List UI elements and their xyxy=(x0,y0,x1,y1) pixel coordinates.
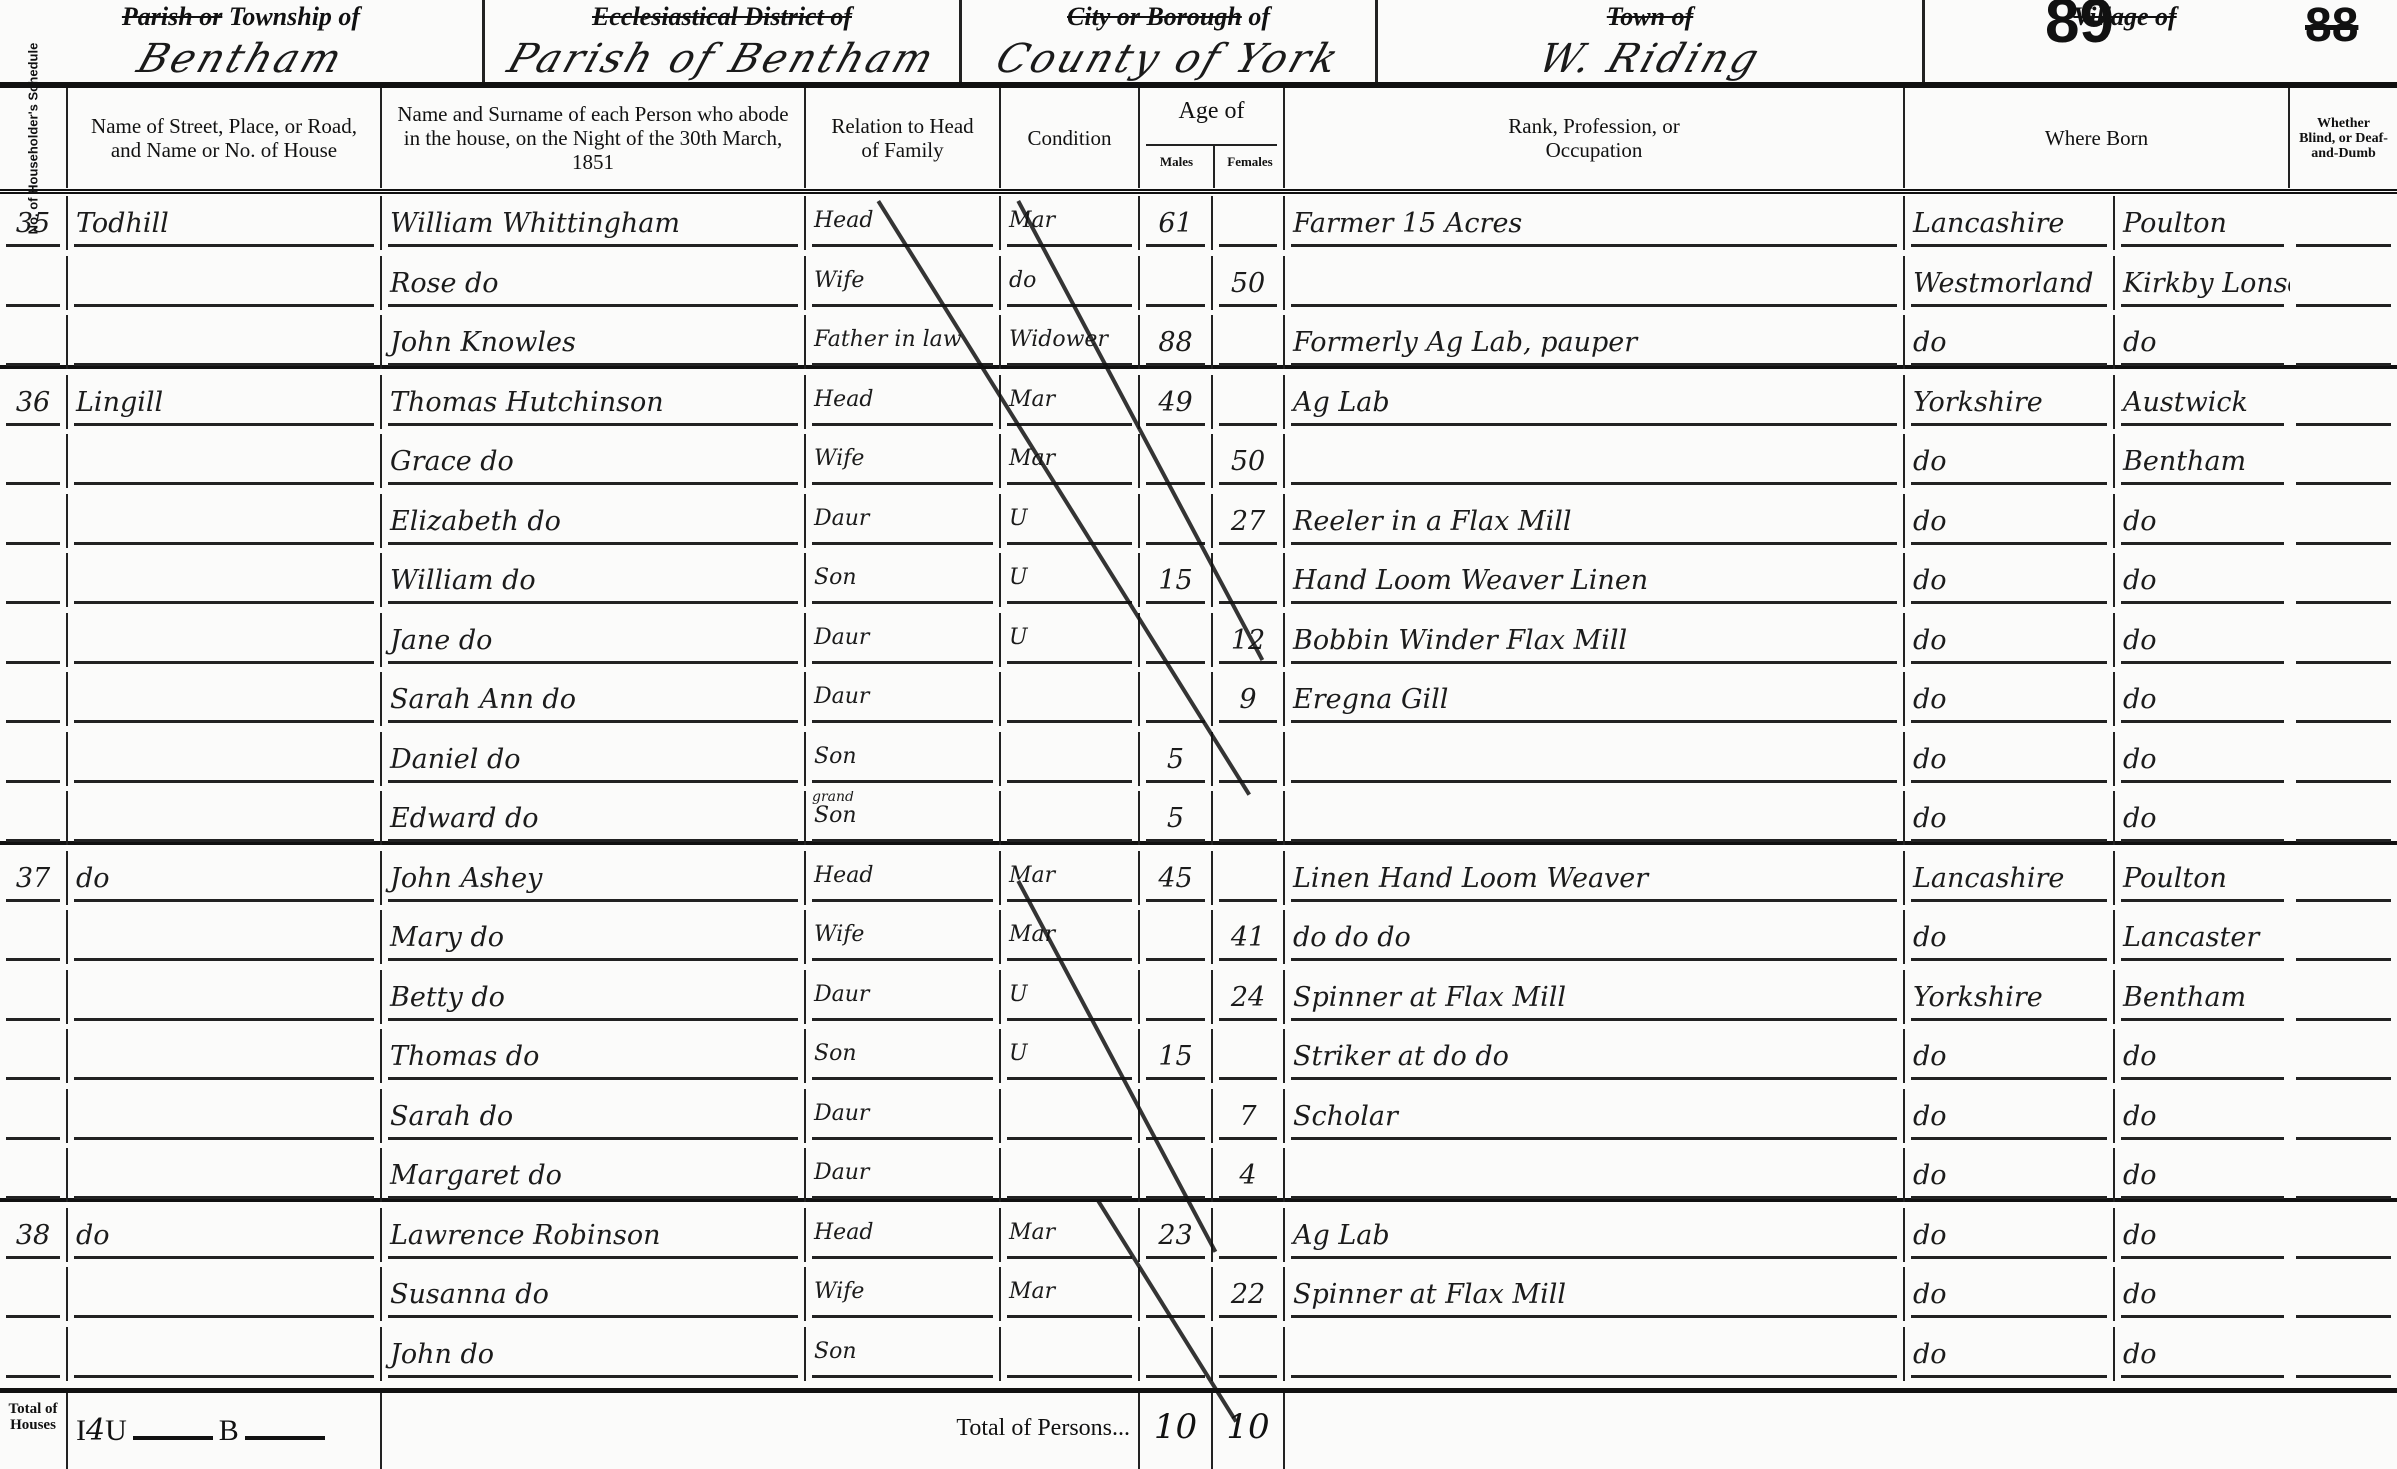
cell-schedule xyxy=(0,553,68,607)
total-persons-label: Total of Persons... xyxy=(956,1415,1130,1442)
totals-footer: Total of Houses I4UB Total of Persons...… xyxy=(0,1388,2397,1469)
cell-condition: U xyxy=(1001,494,1140,548)
cell-relation: Father in law xyxy=(806,315,1001,369)
city-value: County of York xyxy=(955,36,1383,82)
cell-born-place: Poulton xyxy=(2115,196,2290,250)
cell-blind xyxy=(2290,910,2397,964)
cell-name: Grace do xyxy=(382,434,806,488)
cell-born-place: do xyxy=(2115,1148,2290,1202)
cell-street xyxy=(68,553,382,607)
census-page: Parish or Township of Bentham Ecclesiast… xyxy=(0,0,2397,1469)
cell-female xyxy=(1213,553,1285,607)
table-row: John KnowlesFather in lawWidower88Former… xyxy=(0,315,2397,369)
cell-born-county: do xyxy=(1905,434,2115,488)
cell-blind xyxy=(2290,672,2397,726)
col-header-females: Females xyxy=(1215,154,1285,170)
cell-born-place: Lancaster xyxy=(2115,910,2290,964)
cell-blind xyxy=(2290,315,2397,369)
cell-born-county: Westmorland xyxy=(1905,256,2115,310)
cell-born-county: do xyxy=(1905,494,2115,548)
cell-male xyxy=(1140,434,1213,488)
cell-name: John Knowles xyxy=(382,315,806,369)
cell-street xyxy=(68,1267,382,1321)
table-row: Jane doDaurU12Bobbin Winder Flax Milldod… xyxy=(0,613,2397,667)
top-header-band: Parish or Township of Bentham Ecclesiast… xyxy=(0,0,2397,88)
cell-name: Sarah Ann do xyxy=(382,672,806,726)
cell-condition: Mar xyxy=(1001,375,1140,429)
cell-female: 24 xyxy=(1213,970,1285,1024)
col-header-relation: Relation to Head of Family xyxy=(806,88,1001,188)
cell-occupation: Striker at do do xyxy=(1285,1029,1905,1083)
table-row: Daniel doSon5dodo xyxy=(0,732,2397,786)
cell-occupation: Spinner at Flax Mill xyxy=(1285,970,1905,1024)
cell-born-place: do xyxy=(2115,315,2290,369)
cell-male xyxy=(1140,1267,1213,1321)
cell-born-place: do xyxy=(2115,1208,2290,1262)
cell-condition: U xyxy=(1001,553,1140,607)
cell-male xyxy=(1140,910,1213,964)
cell-schedule xyxy=(0,672,68,726)
cell-female xyxy=(1213,196,1285,250)
col-header-males: Males xyxy=(1140,154,1213,170)
cell-born-county: Lancashire xyxy=(1905,851,2115,905)
cell-born-county: Lancashire xyxy=(1905,196,2115,250)
col-header-condition: Condition xyxy=(1001,88,1140,188)
cell-street xyxy=(68,1029,382,1083)
cell-occupation: Bobbin Winder Flax Mill xyxy=(1285,613,1905,667)
cell-born-place: do xyxy=(2115,1267,2290,1321)
cell-occupation xyxy=(1285,1148,1905,1202)
cell-female xyxy=(1213,1029,1285,1083)
age-of-label: Age of xyxy=(1140,98,1283,125)
cell-female xyxy=(1213,315,1285,369)
table-row: Susanna doWifeMar22Spinner at Flax Milld… xyxy=(0,1267,2397,1321)
cell-born-place: do xyxy=(2115,672,2290,726)
cell-name: William Whittingham xyxy=(382,196,806,250)
cell-born-county: do xyxy=(1905,1327,2115,1381)
cell-born-county: do xyxy=(1905,732,2115,786)
table-row: Thomas doSonU15Striker at do dododo xyxy=(0,1029,2397,1083)
cell-blind xyxy=(2290,196,2397,250)
cell-blind xyxy=(2290,256,2397,310)
table-row: 35TodhillWilliam WhittinghamHeadMar61Far… xyxy=(0,196,2397,250)
cell-relation: Wife xyxy=(806,434,1001,488)
town-box: Town of W. Riding xyxy=(1378,0,1925,82)
cell-relation: Son xyxy=(806,1327,1001,1381)
cell-born-place: do xyxy=(2115,1089,2290,1143)
cell-name: Susanna do xyxy=(382,1267,806,1321)
cell-male: 15 xyxy=(1140,1029,1213,1083)
total-males: 10 xyxy=(1140,1393,1213,1469)
cell-schedule: 36 xyxy=(0,375,68,429)
cell-schedule xyxy=(0,1029,68,1083)
cell-occupation: Scholar xyxy=(1285,1089,1905,1143)
city-label: of xyxy=(1248,2,1270,31)
cell-born-place: do xyxy=(2115,613,2290,667)
cell-condition: U xyxy=(1001,613,1140,667)
inhabited-count: 4 xyxy=(86,1413,105,1448)
cell-born-county: do xyxy=(1905,1089,2115,1143)
cell-condition xyxy=(1001,791,1140,845)
cell-born-place: Austwick xyxy=(2115,375,2290,429)
cell-schedule xyxy=(0,613,68,667)
cell-name: John do xyxy=(382,1327,806,1381)
cell-blind xyxy=(2290,434,2397,488)
village-struck-label: Village of xyxy=(2073,2,2176,31)
cell-female xyxy=(1213,1208,1285,1262)
cell-name: Betty do xyxy=(382,970,806,1024)
cell-born-county: do xyxy=(1905,1208,2115,1262)
cell-condition xyxy=(1001,732,1140,786)
cell-blind xyxy=(2290,1208,2397,1262)
township-box: Parish or Township of Bentham xyxy=(0,0,485,82)
cell-blind xyxy=(2290,1029,2397,1083)
cell-born-county: do xyxy=(1905,672,2115,726)
cell-street: Lingill xyxy=(68,375,382,429)
column-headers: No. of Householder's Schedule Name of St… xyxy=(0,88,2397,194)
cell-occupation xyxy=(1285,1327,1905,1381)
cell-relation: Wife xyxy=(806,910,1001,964)
cell-occupation: Formerly Ag Lab, pauper xyxy=(1285,315,1905,369)
cell-street xyxy=(68,434,382,488)
city-struck-label: City or Borough xyxy=(1067,2,1242,31)
cell-male: 5 xyxy=(1140,791,1213,845)
cell-occupation: Hand Loom Weaver Linen xyxy=(1285,553,1905,607)
cell-schedule: 38 xyxy=(0,1208,68,1262)
cell-blind xyxy=(2290,732,2397,786)
cell-schedule xyxy=(0,732,68,786)
col-header-street: Name of Street, Place, or Road, and Name… xyxy=(68,88,382,188)
cell-relation: Daur xyxy=(806,613,1001,667)
cell-male: 88 xyxy=(1140,315,1213,369)
cell-street xyxy=(68,315,382,369)
cell-relation: grandSon xyxy=(806,791,1001,845)
cell-born-place: do xyxy=(2115,1029,2290,1083)
cell-name: Thomas Hutchinson xyxy=(382,375,806,429)
cell-relation: Daur xyxy=(806,970,1001,1024)
cell-blind xyxy=(2290,970,2397,1024)
cell-born-place: do xyxy=(2115,732,2290,786)
cell-schedule xyxy=(0,1148,68,1202)
cell-born-county: do xyxy=(1905,791,2115,845)
cell-relation: Wife xyxy=(806,256,1001,310)
cell-male: 61 xyxy=(1140,196,1213,250)
cell-name: William do xyxy=(382,553,806,607)
cell-relation: Daur xyxy=(806,1148,1001,1202)
village-box: 89 Village of 88 xyxy=(1925,0,2397,82)
cell-female: 4 xyxy=(1213,1148,1285,1202)
cell-name: Thomas do xyxy=(382,1029,806,1083)
cell-street xyxy=(68,970,382,1024)
cell-name: Mary do xyxy=(382,910,806,964)
cell-male: 45 xyxy=(1140,851,1213,905)
cell-occupation: Ag Lab xyxy=(1285,375,1905,429)
cell-born-county: do xyxy=(1905,1148,2115,1202)
cell-blind xyxy=(2290,613,2397,667)
cell-name: Jane do xyxy=(382,613,806,667)
cell-street: Todhill xyxy=(68,196,382,250)
cell-condition xyxy=(1001,1089,1140,1143)
table-row: Grace doWifeMar50doBentham xyxy=(0,434,2397,488)
cell-street xyxy=(68,613,382,667)
table-row: 37doJohn AsheyHeadMar45Linen Hand Loom W… xyxy=(0,851,2397,905)
cell-born-county: Yorkshire xyxy=(1905,375,2115,429)
cell-street xyxy=(68,732,382,786)
col-header-occupation: Rank, Profession, or Occupation xyxy=(1285,88,1905,188)
cell-schedule xyxy=(0,1089,68,1143)
cell-name: John Ashey xyxy=(382,851,806,905)
cell-occupation: Linen Hand Loom Weaver xyxy=(1285,851,1905,905)
cell-relation: Wife xyxy=(806,1267,1001,1321)
cell-street: do xyxy=(68,1208,382,1262)
cell-blind xyxy=(2290,553,2397,607)
cell-street xyxy=(68,1089,382,1143)
cell-born-place: Bentham xyxy=(2115,434,2290,488)
col-header-name: Name and Surname of each Person who abod… xyxy=(382,88,806,188)
struck-page-number: 88 xyxy=(2305,0,2358,53)
cell-occupation xyxy=(1285,732,1905,786)
ecclesiastical-value: Parish of Bentham xyxy=(478,36,967,82)
cell-male: 5 xyxy=(1140,732,1213,786)
ecclesiastical-box: Ecclesiastical District of Parish of Ben… xyxy=(485,0,962,82)
cell-relation: Head xyxy=(806,851,1001,905)
cell-blind xyxy=(2290,1267,2397,1321)
cell-street xyxy=(68,256,382,310)
cell-name: Rose do xyxy=(382,256,806,310)
cell-female xyxy=(1213,791,1285,845)
cell-born-county: do xyxy=(1905,613,2115,667)
cell-relation: Daur xyxy=(806,494,1001,548)
cell-relation: Head xyxy=(806,375,1001,429)
cell-condition: Widower xyxy=(1001,315,1140,369)
cell-male: 23 xyxy=(1140,1208,1213,1262)
cell-schedule xyxy=(0,910,68,964)
table-row: John doSondodo xyxy=(0,1327,2397,1381)
township-value: Bentham xyxy=(0,36,489,82)
cell-schedule: 35 xyxy=(0,196,68,250)
cell-schedule: 37 xyxy=(0,851,68,905)
cell-female: 7 xyxy=(1213,1089,1285,1143)
cell-born-place: Bentham xyxy=(2115,970,2290,1024)
col-header-age: Age of Males Females xyxy=(1140,88,1285,188)
cell-blind xyxy=(2290,1327,2397,1381)
cell-name: Sarah do xyxy=(382,1089,806,1143)
total-persons-cell: Total of Persons... xyxy=(382,1393,1140,1469)
cell-condition: Mar xyxy=(1001,851,1140,905)
cell-schedule xyxy=(0,315,68,369)
col-header-schedule: No. of Householder's Schedule xyxy=(0,88,68,188)
cell-blind xyxy=(2290,494,2397,548)
cell-street xyxy=(68,1148,382,1202)
cell-female: 22 xyxy=(1213,1267,1285,1321)
cell-occupation: Reeler in a Flax Mill xyxy=(1285,494,1905,548)
col-header-born: Where Born xyxy=(1905,88,2290,188)
cell-relation: Daur xyxy=(806,1089,1001,1143)
cell-born-county: do xyxy=(1905,1267,2115,1321)
total-houses-values: I4UB xyxy=(68,1393,382,1469)
cell-blind xyxy=(2290,375,2397,429)
cell-street xyxy=(68,910,382,964)
cell-condition: Mar xyxy=(1001,910,1140,964)
cell-born-county: do xyxy=(1905,315,2115,369)
cell-schedule xyxy=(0,791,68,845)
cell-female: 27 xyxy=(1213,494,1285,548)
cell-born-county: do xyxy=(1905,553,2115,607)
cell-born-place: do xyxy=(2115,1327,2290,1381)
cell-schedule xyxy=(0,494,68,548)
cell-name: Margaret do xyxy=(382,1148,806,1202)
cell-occupation xyxy=(1285,434,1905,488)
col-header-blind: Whether Blind, or Deaf-and-Dumb xyxy=(2290,88,2397,188)
cell-born-place: do xyxy=(2115,791,2290,845)
cell-condition: Mar xyxy=(1001,434,1140,488)
cell-name: Lawrence Robinson xyxy=(382,1208,806,1262)
cell-blind xyxy=(2290,1148,2397,1202)
cell-born-place: do xyxy=(2115,494,2290,548)
town-value: W. Riding xyxy=(1371,36,1930,82)
cell-occupation: do do do xyxy=(1285,910,1905,964)
cell-born-county: Yorkshire xyxy=(1905,970,2115,1024)
cell-street: do xyxy=(68,851,382,905)
cell-relation: Son xyxy=(806,732,1001,786)
cell-schedule xyxy=(0,970,68,1024)
cell-born-county: do xyxy=(1905,910,2115,964)
table-row: Mary doWifeMar41do do dodoLancaster xyxy=(0,910,2397,964)
cell-occupation: Farmer 15 Acres xyxy=(1285,196,1905,250)
cell-occupation: Spinner at Flax Mill xyxy=(1285,1267,1905,1321)
table-row: Margaret doDaur4dodo xyxy=(0,1148,2397,1202)
cell-born-place: do xyxy=(2115,553,2290,607)
cell-schedule xyxy=(0,1327,68,1381)
cell-name: Edward do xyxy=(382,791,806,845)
cell-schedule xyxy=(0,256,68,310)
cell-blind xyxy=(2290,1089,2397,1143)
table-row: 36LingillThomas HutchinsonHeadMar49Ag La… xyxy=(0,375,2397,429)
cell-born-place: Poulton xyxy=(2115,851,2290,905)
city-box: City or Borough of County of York xyxy=(962,0,1378,82)
cell-born-county: do xyxy=(1905,1029,2115,1083)
cell-occupation: Ag Lab xyxy=(1285,1208,1905,1262)
cell-occupation: Eregna Gill xyxy=(1285,672,1905,726)
cell-male: 49 xyxy=(1140,375,1213,429)
cell-condition: Mar xyxy=(1001,1267,1140,1321)
cell-name: Daniel do xyxy=(382,732,806,786)
cell-street xyxy=(68,791,382,845)
cell-name: Elizabeth do xyxy=(382,494,806,548)
cell-occupation xyxy=(1285,256,1905,310)
cell-male: 15 xyxy=(1140,553,1213,607)
cell-street xyxy=(68,672,382,726)
relation-annotation: grand xyxy=(812,791,854,805)
table-row: Edward dograndSon5dodo xyxy=(0,791,2397,845)
cell-male xyxy=(1140,256,1213,310)
cell-female: 50 xyxy=(1213,434,1285,488)
cell-female: 9 xyxy=(1213,672,1285,726)
table-row: Sarah doDaur7Scholardodo xyxy=(0,1089,2397,1143)
town-struck-label: Town of xyxy=(1607,2,1693,31)
cell-blind xyxy=(2290,791,2397,845)
cell-occupation xyxy=(1285,791,1905,845)
cell-relation: Son xyxy=(806,1029,1001,1083)
township-label: Township of xyxy=(229,2,360,31)
table-row: Betty doDaurU24Spinner at Flax MillYorks… xyxy=(0,970,2397,1024)
township-struck-label: Parish or xyxy=(122,2,222,31)
cell-female xyxy=(1213,375,1285,429)
cell-condition xyxy=(1001,672,1140,726)
cell-female xyxy=(1213,1327,1285,1381)
cell-schedule xyxy=(0,434,68,488)
cell-female: 50 xyxy=(1213,256,1285,310)
total-houses-label: Total of Houses xyxy=(0,1393,68,1469)
cell-street xyxy=(68,1327,382,1381)
cell-relation: Son xyxy=(806,553,1001,607)
cell-born-place: Kirkby Lonsdale xyxy=(2115,256,2290,310)
cell-condition xyxy=(1001,1148,1140,1202)
cell-female xyxy=(1213,851,1285,905)
cell-relation: Head xyxy=(806,1208,1001,1262)
table-row: Rose doWifedo50WestmorlandKirkby Lonsdal… xyxy=(0,256,2397,310)
cell-schedule xyxy=(0,1267,68,1321)
ecclesiastical-struck-label: Ecclesiastical District of xyxy=(592,2,852,31)
cell-relation: Daur xyxy=(806,672,1001,726)
cell-condition xyxy=(1001,1327,1140,1381)
cell-female: 41 xyxy=(1213,910,1285,964)
table-row: William doSonU15Hand Loom Weaver Linendo… xyxy=(0,553,2397,607)
cell-male xyxy=(1140,970,1213,1024)
cell-blind xyxy=(2290,851,2397,905)
cell-street xyxy=(68,494,382,548)
